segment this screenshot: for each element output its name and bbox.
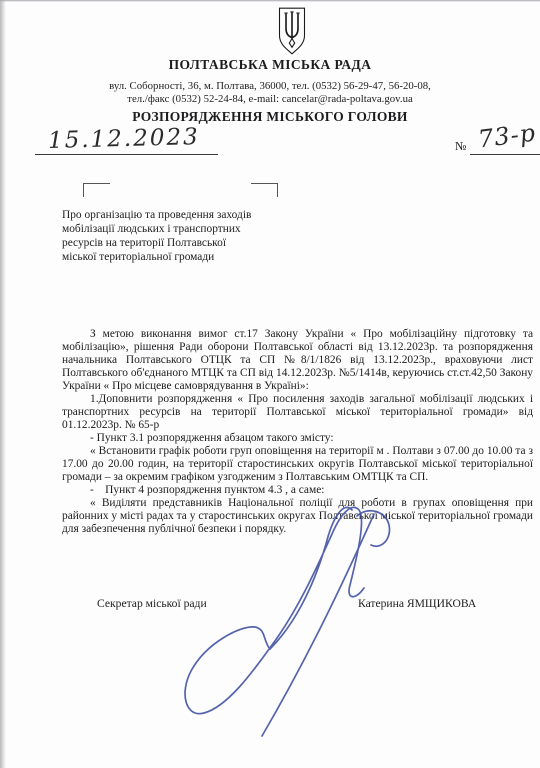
- scan-edge-top: [0, 0, 540, 2]
- subject-block: Про організацію та проведення заходів мо…: [62, 209, 277, 265]
- subject-corner-mark-left: [83, 183, 110, 197]
- ukraine-trident-emblem-icon: [274, 6, 310, 56]
- date-underline: [35, 154, 218, 155]
- handwritten-number: 73-р: [477, 119, 538, 154]
- body-paragraph: 1.Доповнити розпорядження « Про посиленн…: [62, 393, 533, 432]
- subject-line: ресурсів на території Полтавської: [62, 237, 277, 251]
- document-page: ПОЛТАВСЬКА МІСЬКА РАДА вул. Соборності, …: [0, 0, 540, 768]
- body-paragraph: - Пункт 3.1 розпорядження абзацом такого…: [62, 432, 533, 445]
- number-underline: [470, 154, 540, 155]
- subject-line: міської територіальної громади: [62, 251, 277, 265]
- organization-name: ПОЛТАВСЬКА МІСЬКА РАДА: [0, 57, 540, 73]
- subject-line: Про організацію та проведення заходів: [62, 209, 277, 223]
- document-title: РОЗПОРЯДЖЕННЯ МІСЬКОГО ГОЛОВИ: [0, 109, 540, 125]
- subject-line: мобілізації людських і транспортних: [62, 223, 277, 237]
- body-paragraph: « Встановити графік роботи груп оповіщен…: [62, 445, 533, 484]
- handwritten-signature-ink: [150, 480, 440, 760]
- number-sign-label: №: [455, 139, 466, 154]
- address-line-1: вул. Соборності, 36, м. Полтава, 36000, …: [0, 80, 540, 93]
- body-paragraph: З метою виконання вимог ст.17 Закону Укр…: [62, 328, 533, 393]
- handwritten-date: 15.12.2023: [48, 124, 200, 154]
- organization-address: вул. Соборності, 36, м. Полтава, 36000, …: [0, 80, 540, 105]
- subject-corner-mark-right: [251, 183, 278, 197]
- address-line-2: тел./факс (0532) 52-24-84, e-mail: cance…: [0, 93, 540, 106]
